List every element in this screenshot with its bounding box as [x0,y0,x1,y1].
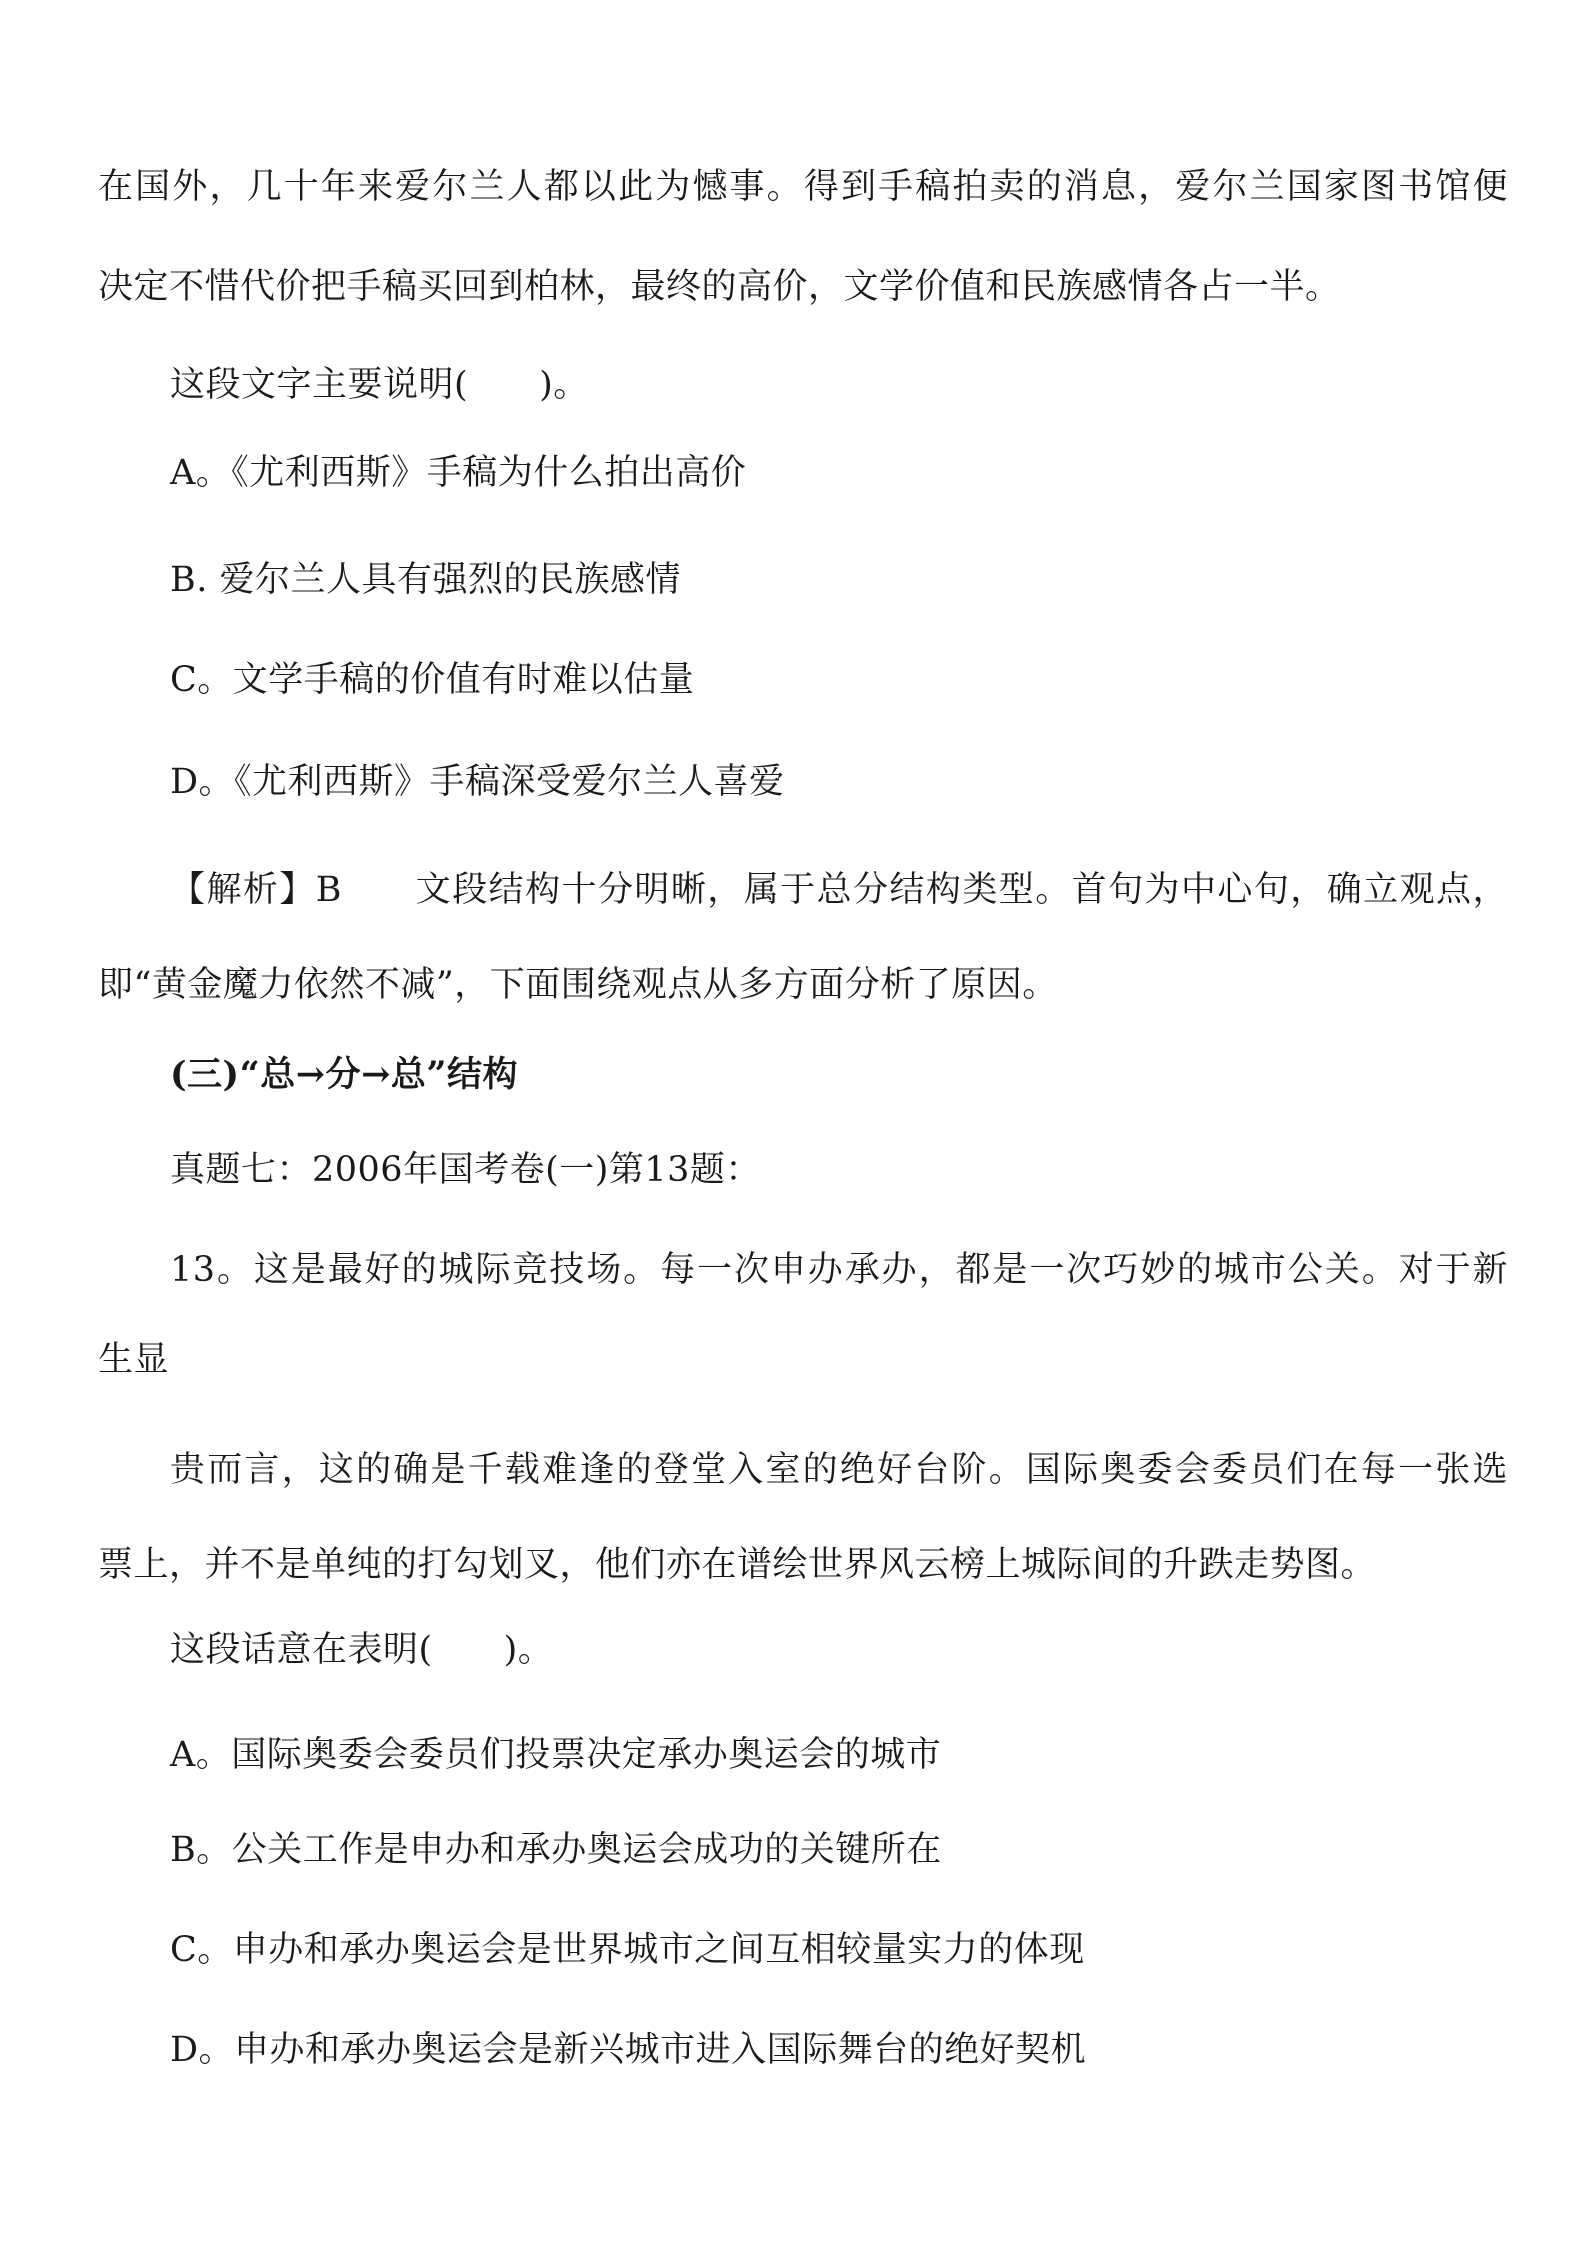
question2-stem-line4: 票上，并不是单纯的打勾划叉，他们亦在谱绘世界风云榜上城际间的升跌走势图。 [98,1543,1376,1587]
passage1-line1: 在国外，几十年来爱尔兰人都以此为憾事。得到手稿拍卖的消息，爱尔兰国家图书馆便 [98,165,1508,209]
question2-stem-line3: 贵而言，这的确是千载难逢的登堂入室的绝好台阶。国际奥委会委员们在每一张选 [170,1448,1508,1492]
question1-analysis-line2: 即“黄金魔力依然不减”，下面围绕观点从多方面分析了原因。 [98,963,1058,1007]
question2-option-a: A。国际奥委会委员们投票决定承办奥运会的城市 [170,1733,941,1777]
question1-option-b: B. 爱尔兰人具有强烈的民族感情 [170,558,681,602]
question2-option-b: B。公关工作是申办和承办奥运会成功的关键所在 [170,1828,942,1872]
question2-stem-line1: 13。这是最好的城际竞技场。每一次申办承办，都是一次巧妙的城市公关。对于新 [170,1248,1508,1292]
question2-prompt: 这段话意在表明( )。 [170,1628,553,1672]
question1-option-a: A。《尤利西斯》手稿为什么拍出高价 [170,451,746,495]
question2-option-c: C。申办和承办奥运会是世界城市之间互相较量实力的体现 [170,1928,1085,1972]
question2-option-d: D。申办和承办奥运会是新兴城市进入国际舞台的绝好契机 [170,2028,1086,2072]
question1-option-d: D。《尤利西斯》手稿深受爱尔兰人喜爱 [170,760,785,804]
question1-analysis-line1: 【解析】B 文段结构十分明晰，属于总分结构类型。首句为中心句，确立观点， [170,868,1508,912]
question1-prompt: 这段文字主要说明( )。 [170,363,589,407]
question1-option-c: C。文学手稿的价值有时难以估量 [170,658,694,702]
section-heading: (三)“总→分→总”结构 [170,1053,518,1097]
question2-stem-line2: 生显 [98,1338,169,1382]
question2-source: 真题七：2006年国考卷(一)第13题： [170,1148,761,1192]
passage1-line2: 决定不惜代价把手稿买回到柏林，最终的高价，文学价值和民族感情各占一半。 [98,265,1341,309]
